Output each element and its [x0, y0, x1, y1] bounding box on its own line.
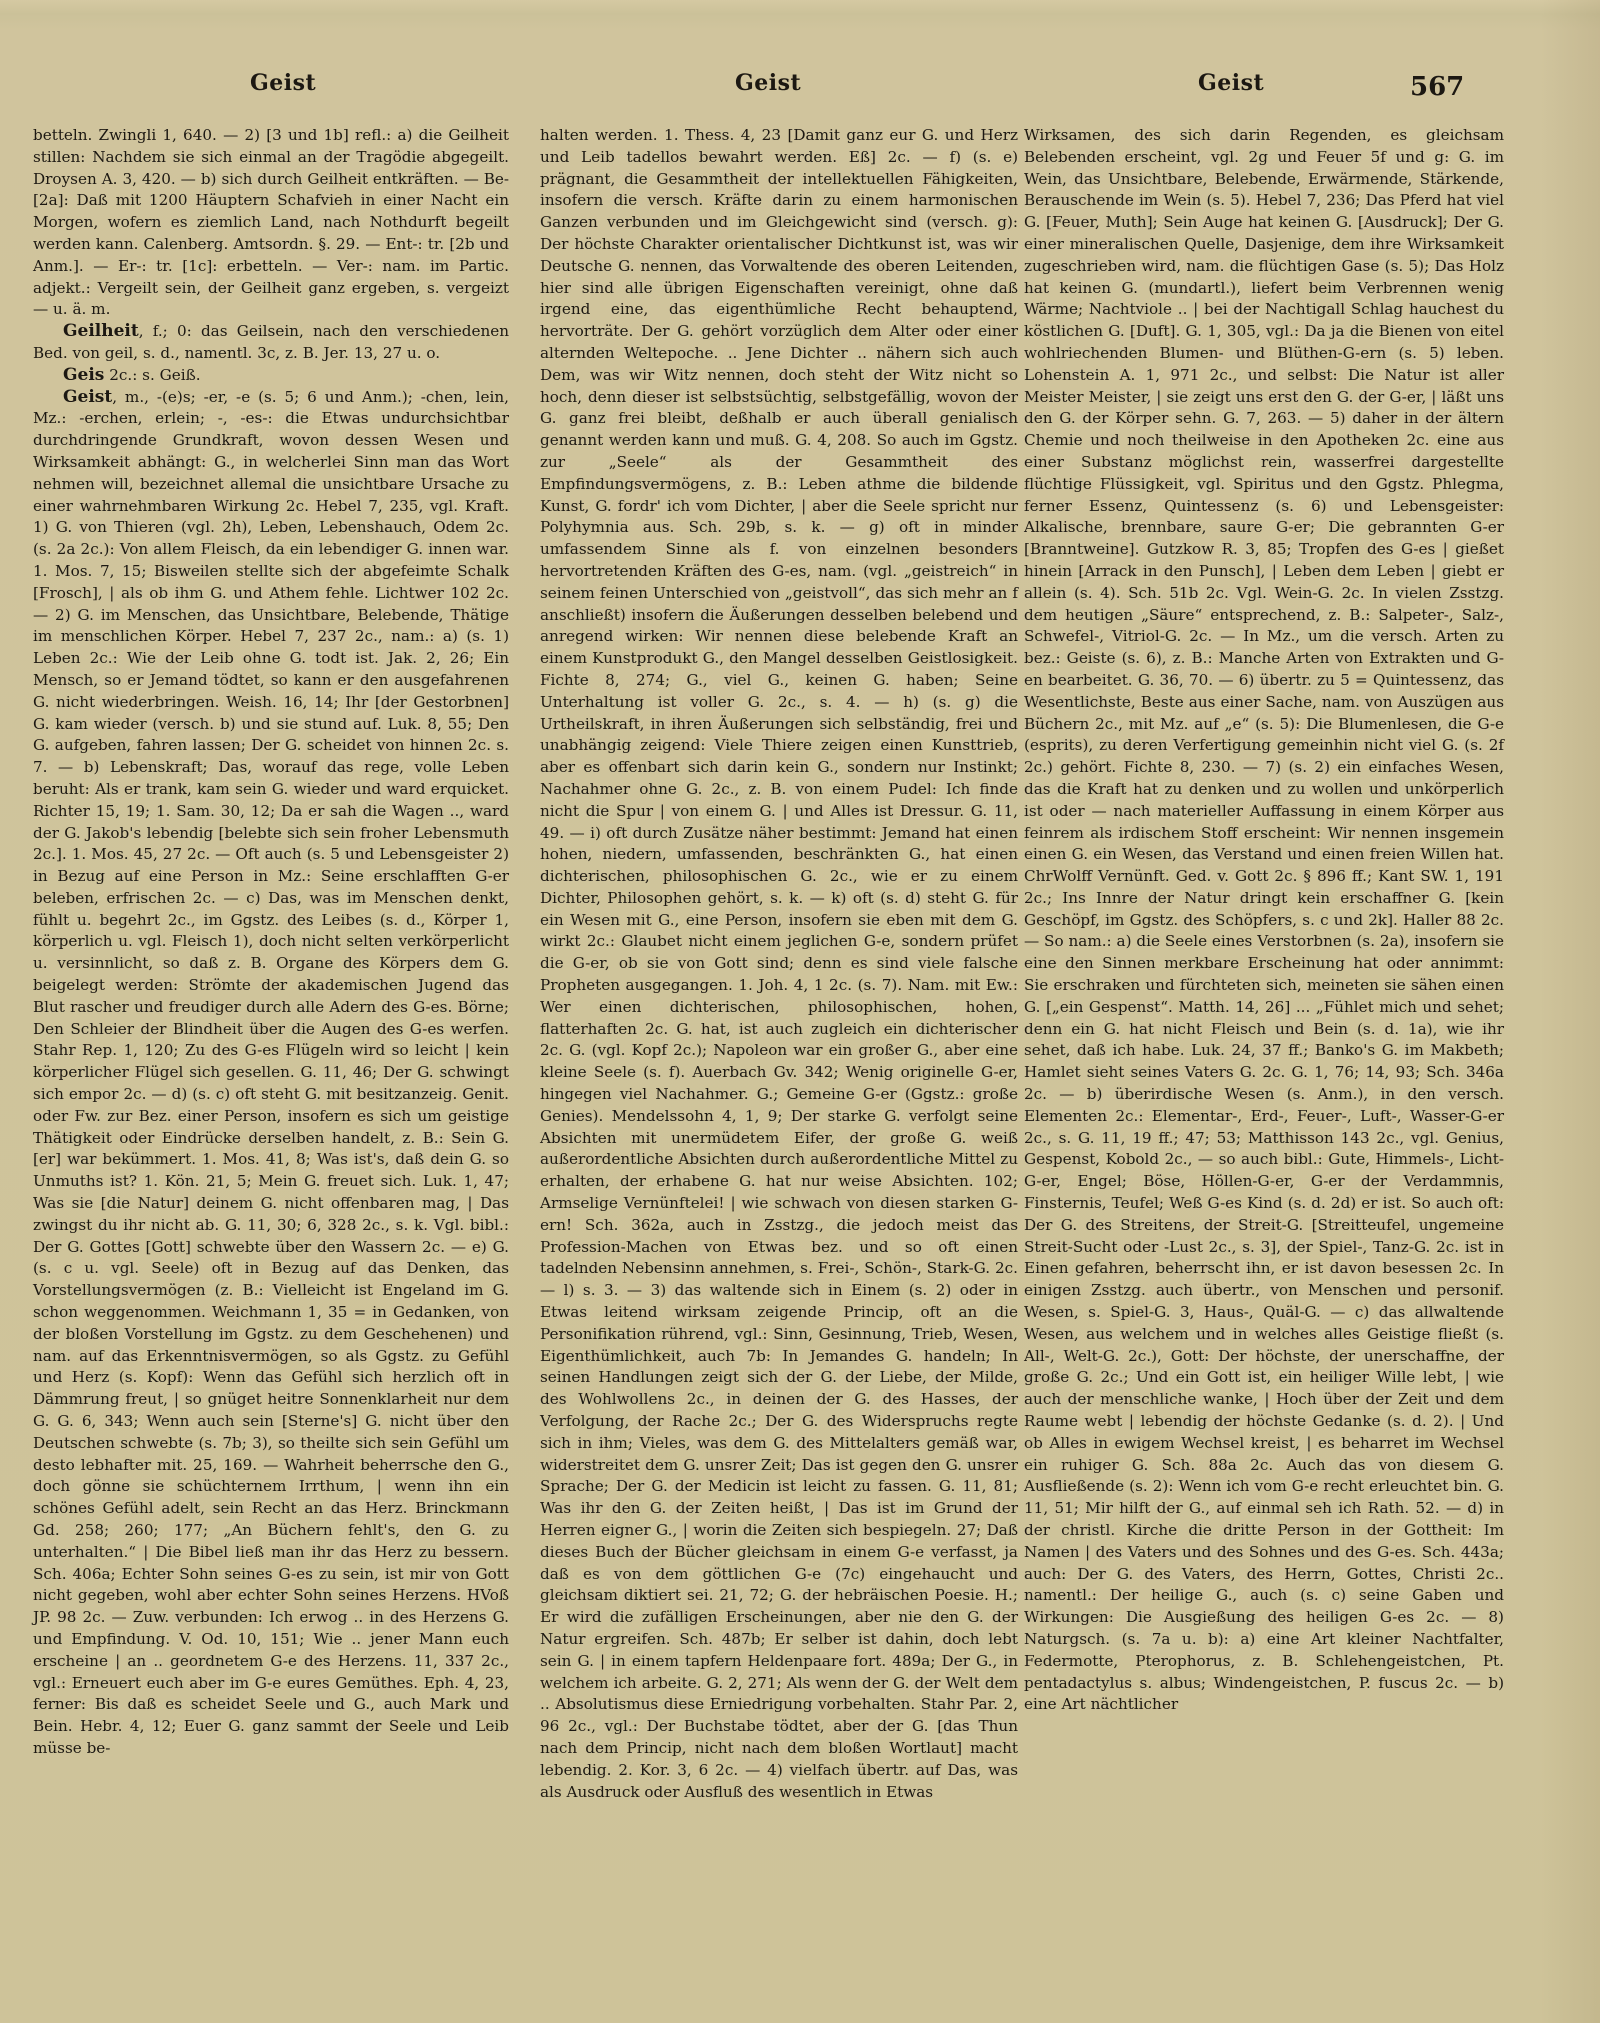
page-number: 567 — [1410, 72, 1464, 102]
paragraph-continuation: betteln. Zwingli 1, 640. — 2) [3 und 1b]… — [33, 125, 509, 321]
running-head-left: Geist — [250, 70, 316, 96]
entry-body: 2c.: s. Geiß. — [104, 366, 200, 384]
entry-geist: Geist, m., -(e)s; -er, -e (s. 5; 6 und A… — [33, 387, 509, 1760]
column-1: betteln. Zwingli 1, 640. — 2) [3 und 1b]… — [33, 125, 509, 1760]
entry-geilheit: Geilheit, f.; 0: das Geilsein, nach den … — [33, 321, 509, 365]
column-3: Wirksamen, des sich darin Regenden, es g… — [1024, 125, 1504, 1716]
lemma: Geilheit — [63, 321, 139, 341]
entry-body: , m., -(e)s; -er, -e (s. 5; 6 und Anm.);… — [33, 388, 509, 1757]
dictionary-page: Geist Geist Geist 567 betteln. Zwingli 1… — [0, 0, 1600, 2023]
lemma: Geist — [63, 387, 112, 407]
paragraph-continuation: Wirksamen, des sich darin Regenden, es g… — [1024, 125, 1504, 1716]
entry-geis: Geis 2c.: s. Geiß. — [33, 365, 509, 387]
column-2: halten werden. 1. Thess. 4, 23 [Damit ga… — [540, 125, 1018, 1803]
running-head-right: Geist — [1198, 70, 1264, 96]
lemma: Geis — [63, 365, 104, 385]
running-head-middle: Geist — [735, 70, 801, 96]
paragraph-continuation: halten werden. 1. Thess. 4, 23 [Damit ga… — [540, 125, 1018, 1803]
